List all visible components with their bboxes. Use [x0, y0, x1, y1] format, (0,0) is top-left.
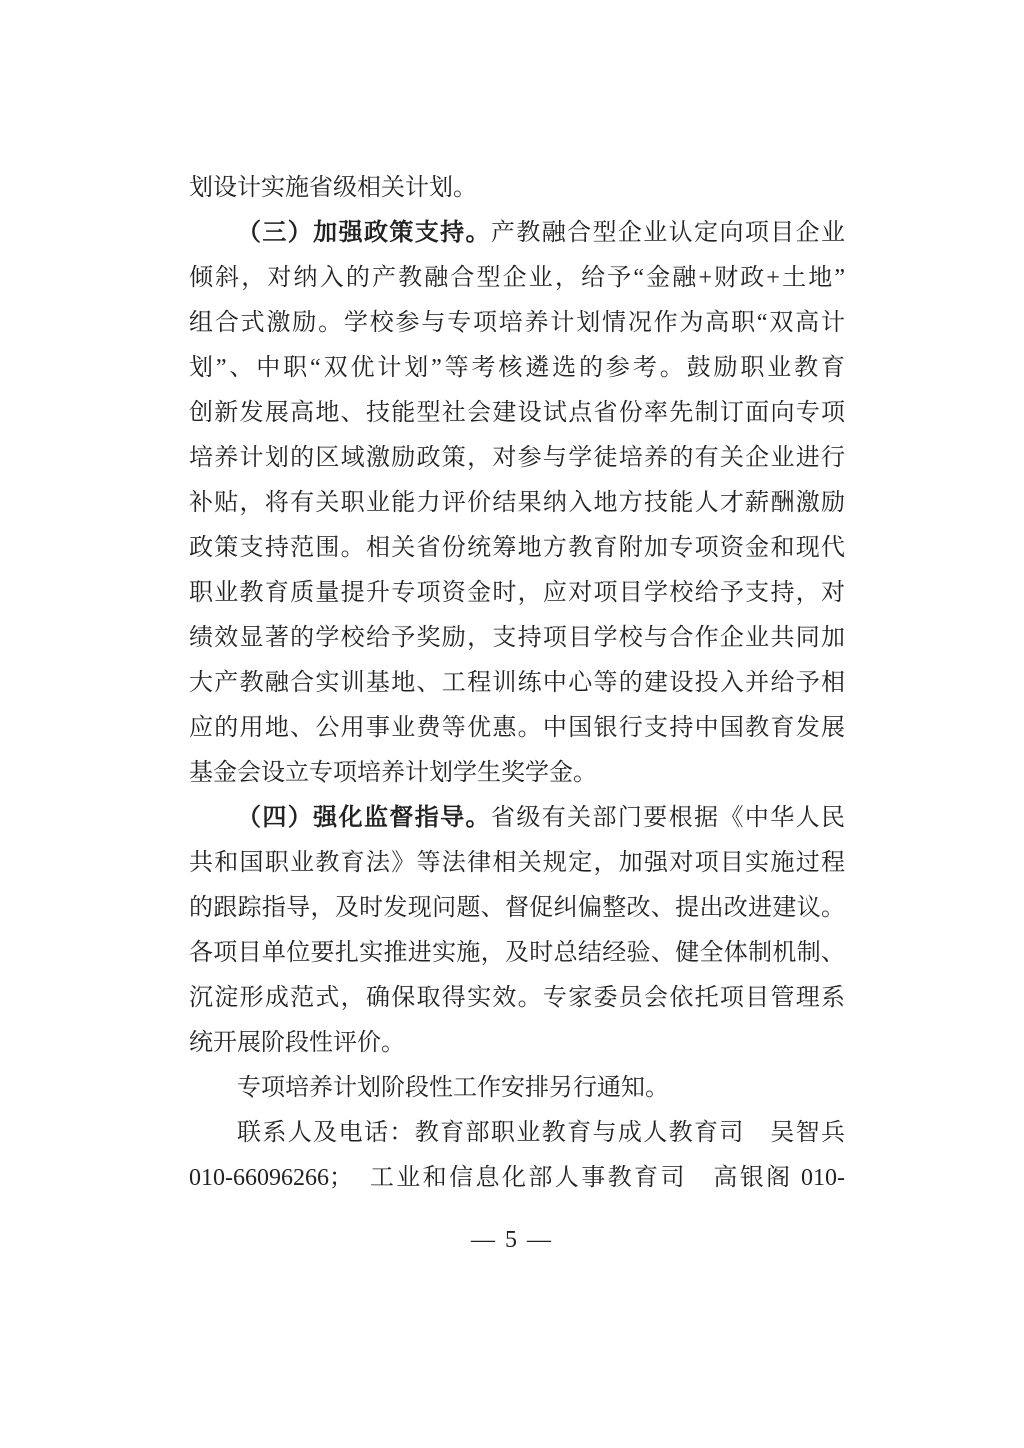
line-text: 大产教融合实训基地、工程训练中心等的建设投入并给予相 — [189, 670, 845, 696]
section-heading: （四）强化监督指导。 — [237, 805, 491, 831]
line-text: 应的用地、公用事业费等优惠。中国银行支持中国教育发展 — [189, 715, 845, 741]
line-text: 各项目单位要扎实推进实施，及时总结经验、健全体制机制、 — [189, 940, 845, 966]
line-text: 联系人及电话：教育部职业教育与成人教育司 吴智兵 — [237, 1120, 845, 1146]
line-text: 统开展阶段性评价。 — [189, 1030, 405, 1056]
text-line: 各项目单位要扎实推进实施，及时总结经验、健全体制机制、 — [189, 931, 845, 976]
line-text: 绩效显著的学校给予奖励，支持项目学校与合作企业共同加 — [189, 625, 845, 651]
line-text: 010-66096266； 工业和信息化部人事教育司 高银阁 010- — [189, 1165, 845, 1191]
page-number: — 5 — — [0, 1222, 1024, 1258]
text-line: 统开展阶段性评价。 — [189, 1021, 845, 1066]
line-text: 划设计实施省级相关计划。 — [189, 175, 477, 201]
document-page: 划设计实施省级相关计划。 （三）加强政策支持。产教融合型企业认定向项目企业 倾斜… — [0, 0, 1024, 1448]
line-text: 共和国职业教育法》等法律相关规定，加强对项目实施过程 — [189, 850, 845, 876]
line-text: 培养计划的区域激励政策，对参与学徒培养的有关企业进行 — [189, 445, 845, 471]
line-text: 的跟踪指导，及时发现问题、督促纠偏整改、提出改进建议。 — [189, 895, 845, 921]
text-line: 创新发展高地、技能型社会建设试点省份率先制订面向专项 — [189, 391, 845, 436]
text-line: 培养计划的区域激励政策，对参与学徒培养的有关企业进行 — [189, 436, 845, 481]
text-line: 共和国职业教育法》等法律相关规定，加强对项目实施过程 — [189, 841, 845, 886]
line-text: 专项培养计划阶段性工作安排另行通知。 — [237, 1075, 669, 1101]
text-line: 专项培养计划阶段性工作安排另行通知。 — [189, 1066, 845, 1111]
section-heading: （三）加强政策支持。 — [237, 220, 491, 246]
text-line: 划设计实施省级相关计划。 — [189, 166, 845, 211]
text-line: 职业教育质量提升专项资金时，应对项目学校给予支持，对 — [189, 571, 845, 616]
text-line: 划”、中职“双优计划”等考核遴选的参考。鼓励职业教育 — [189, 346, 845, 391]
text-line: 的跟踪指导，及时发现问题、督促纠偏整改、提出改进建议。 — [189, 886, 845, 931]
text-line: 补贴，将有关职业能力评价结果纳入地方技能人才薪酬激励 — [189, 481, 845, 526]
line-text: 省级有关部门要根据《中华人民 — [491, 805, 845, 831]
text-line: 大产教融合实训基地、工程训练中心等的建设投入并给予相 — [189, 661, 845, 706]
text-line: 基金会设立专项培养计划学生奖学金。 — [189, 751, 845, 796]
line-text: 基金会设立专项培养计划学生奖学金。 — [189, 760, 597, 786]
text-line: 倾斜，对纳入的产教融合型企业，给予“金融+财政+土地” — [189, 256, 845, 301]
text-line: 政策支持范围。相关省份统筹地方教育附加专项资金和现代 — [189, 526, 845, 571]
text-line: 绩效显著的学校给予奖励，支持项目学校与合作企业共同加 — [189, 616, 845, 661]
text-line: 联系人及电话：教育部职业教育与成人教育司 吴智兵 — [189, 1111, 845, 1156]
line-text: 补贴，将有关职业能力评价结果纳入地方技能人才薪酬激励 — [189, 490, 845, 516]
line-text: 职业教育质量提升专项资金时，应对项目学校给予支持，对 — [189, 580, 845, 606]
line-text: 产教融合型企业认定向项目企业 — [491, 220, 845, 246]
text-line: 沉淀形成范式，确保取得实效。专家委员会依托项目管理系 — [189, 976, 845, 1021]
text-line: （四）强化监督指导。省级有关部门要根据《中华人民 — [189, 796, 845, 841]
line-text: 倾斜，对纳入的产教融合型企业，给予“金融+财政+土地” — [189, 265, 845, 291]
text-line: 应的用地、公用事业费等优惠。中国银行支持中国教育发展 — [189, 706, 845, 751]
line-text: 创新发展高地、技能型社会建设试点省份率先制订面向专项 — [189, 400, 845, 426]
text-line: 组合式激励。学校参与专项培养计划情况作为高职“双高计 — [189, 301, 845, 346]
text-line: 010-66096266； 工业和信息化部人事教育司 高银阁 010- — [189, 1156, 845, 1201]
line-text: 划”、中职“双优计划”等考核遴选的参考。鼓励职业教育 — [189, 355, 845, 381]
line-text: 沉淀形成范式，确保取得实效。专家委员会依托项目管理系 — [189, 985, 845, 1011]
document-text-block: 划设计实施省级相关计划。 （三）加强政策支持。产教融合型企业认定向项目企业 倾斜… — [189, 166, 845, 1201]
line-text: 政策支持范围。相关省份统筹地方教育附加专项资金和现代 — [189, 535, 845, 561]
text-line: （三）加强政策支持。产教融合型企业认定向项目企业 — [189, 211, 845, 256]
line-text: 组合式激励。学校参与专项培养计划情况作为高职“双高计 — [189, 310, 845, 336]
